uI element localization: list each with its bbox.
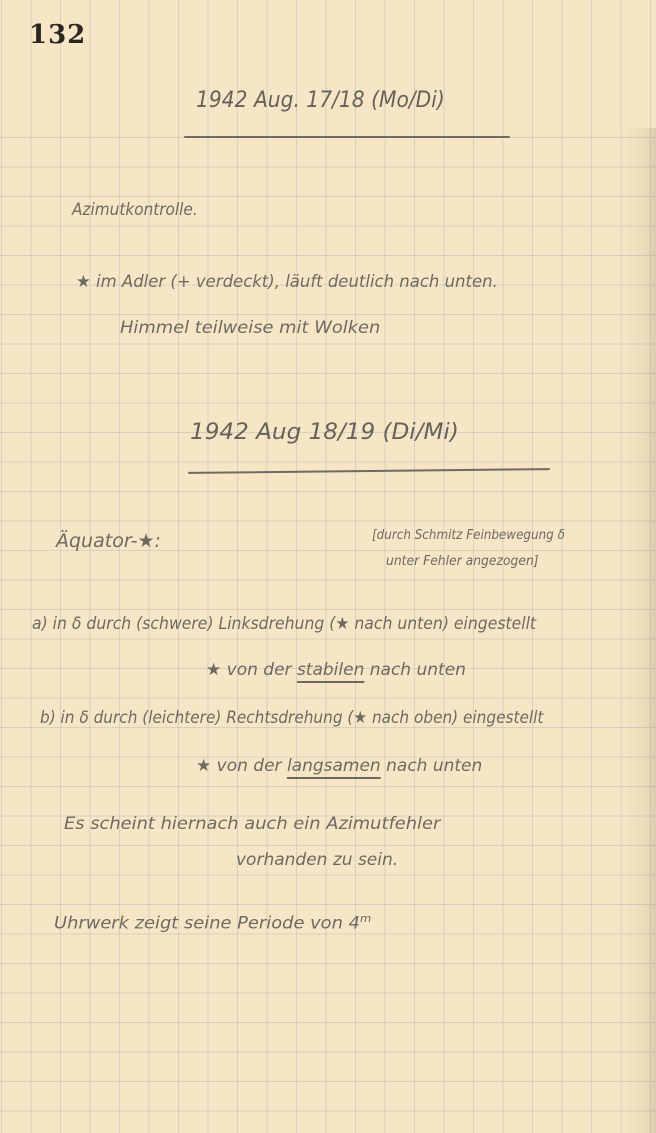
item-b-line-2: ★ von der langsamen nach unten <box>196 756 482 776</box>
item-a-underlined-word: stabilen <box>297 660 364 680</box>
bracket-note-line-1: [durch Schmitz Feinbewegung δ <box>372 528 565 543</box>
clock-note-superscript: m <box>360 912 371 925</box>
item-b-underlined-word: langsamen <box>287 756 381 776</box>
notebook-page: 132 1942 Aug. 17/18 (Mo/Di) Azimutkontro… <box>0 0 656 1133</box>
item-a-line-2: ★ von der stabilen nach unten <box>206 660 466 680</box>
item-b-prefix: ★ von der <box>196 756 287 776</box>
page-number: 132 <box>29 20 86 50</box>
entry2-heading: 1942 Aug 18/19 (Di/Mi) <box>190 420 459 445</box>
entry2-subject: Äquator-★: <box>56 530 161 552</box>
entry1-line-1: Azimutkontrolle. <box>72 200 198 220</box>
entry1-heading-rule <box>184 136 510 138</box>
clock-note: Uhrwerk zeigt seine Periode von 4m <box>54 912 371 934</box>
entry2-heading-rule <box>188 468 550 474</box>
conclusion-line-2: vorhanden zu sein. <box>236 850 398 870</box>
item-a-prefix: ★ von der <box>206 660 297 680</box>
item-a-line-1: a) in δ durch (schwere) Linksdrehung (★ … <box>32 614 536 634</box>
conclusion-line-1: Es scheint hiernach auch ein Azimutfehle… <box>64 814 440 834</box>
bracket-note-line-2: unter Fehler angezogen] <box>386 554 539 569</box>
clock-note-text: Uhrwerk zeigt seine Periode von 4 <box>54 914 360 934</box>
entry1-line-3: Himmel teilweise mit Wolken <box>120 318 380 338</box>
item-b-line-1: b) in δ durch (leichtere) Rechtsdrehung … <box>40 708 543 728</box>
item-b-suffix: nach unten <box>381 756 483 776</box>
entry1-heading: 1942 Aug. 17/18 (Mo/Di) <box>196 88 445 113</box>
entry1-line-2: ★ im Adler (+ verdeckt), läuft deutlich … <box>76 272 498 292</box>
item-a-suffix: nach unten <box>364 660 466 680</box>
